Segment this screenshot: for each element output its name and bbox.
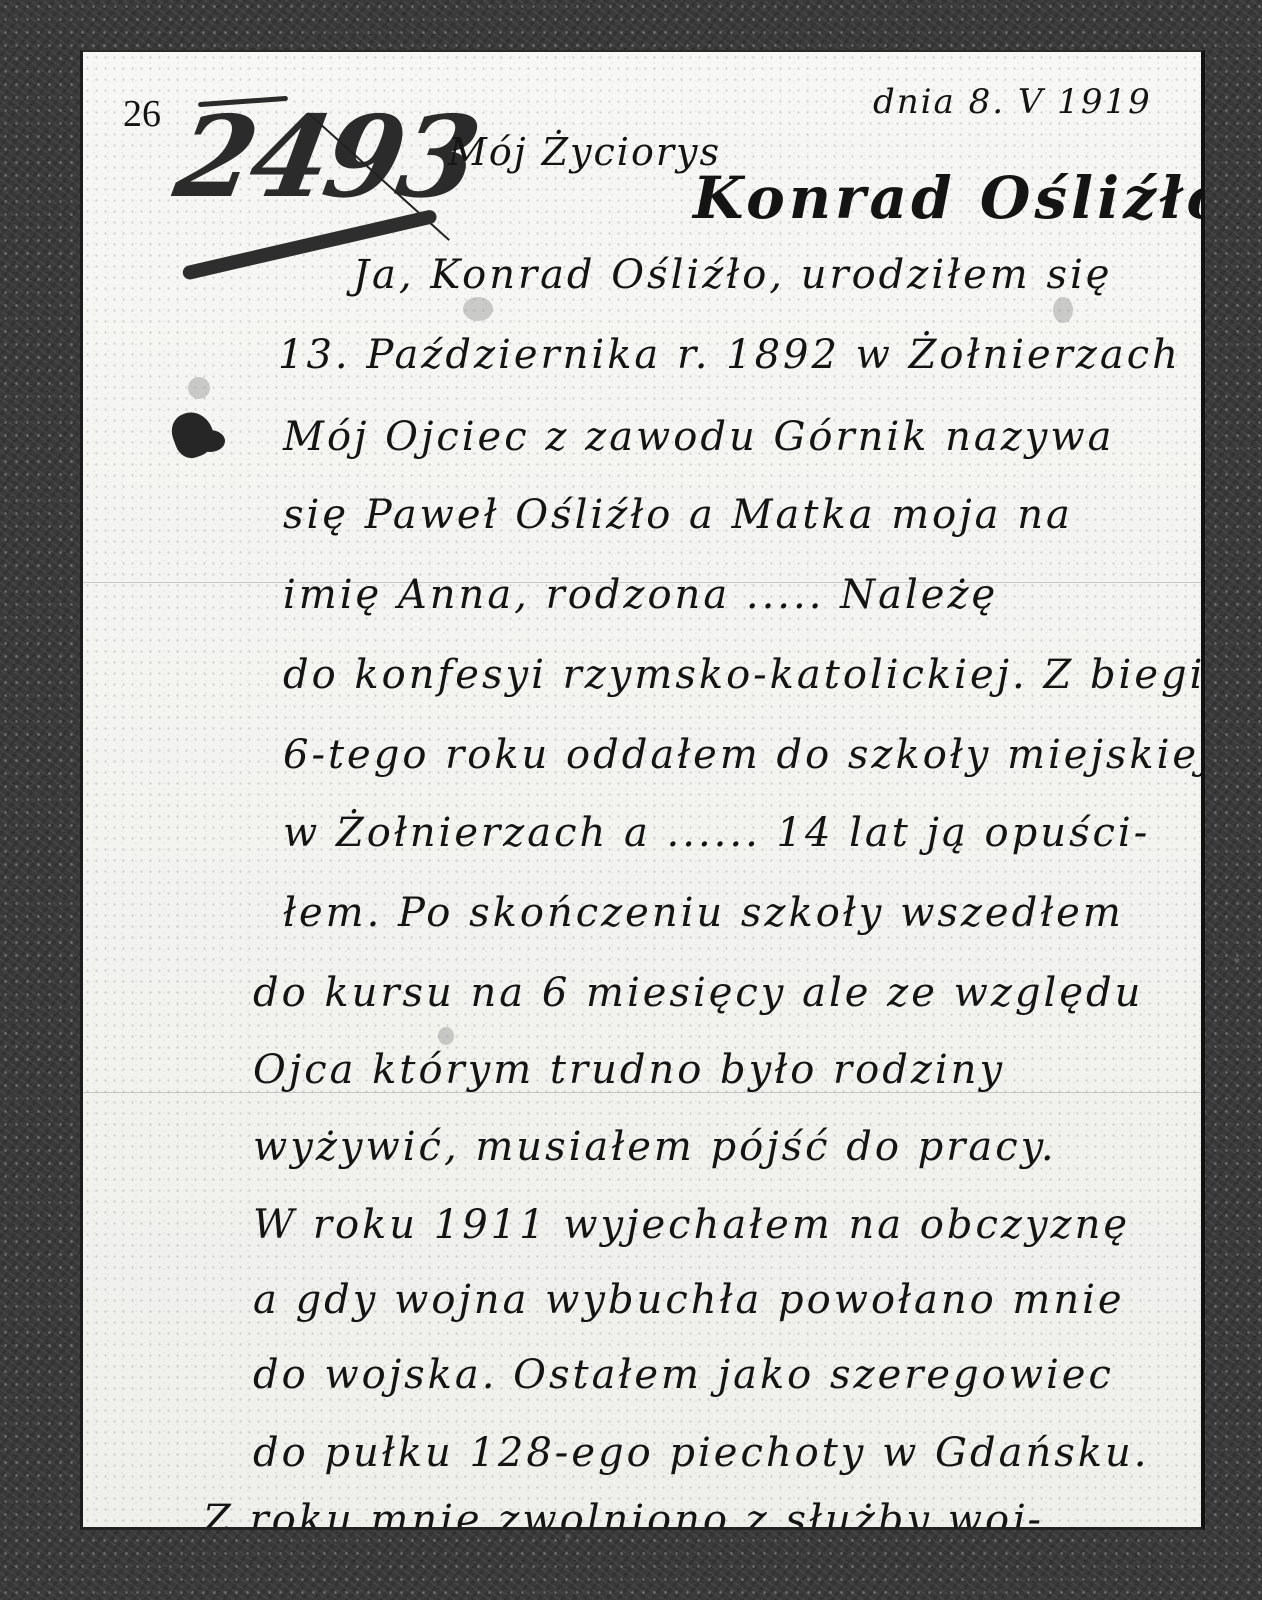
ink-blot <box>195 430 225 452</box>
text-line: do pułku 128-ego piechoty w Gdańsku. <box>253 1430 1149 1476</box>
text-line: się Paweł Ośliźło a Matka moja na <box>283 492 1073 538</box>
signature: Konrad Ośliźło <box>693 164 1205 232</box>
paper-smudge <box>188 377 210 399</box>
text-line: wyżywić, musiałem pójść do pracy. <box>253 1124 1057 1170</box>
text-line: do kursu na 6 miesięcy ale ze względu <box>253 970 1143 1016</box>
text-line: W roku 1911 wyjechałem na obczyznę <box>253 1202 1130 1248</box>
paper-smudge <box>463 297 493 321</box>
text-line: łem. Po skończeniu szkoły wszedłem <box>283 890 1124 936</box>
text-line: 6-tego roku oddałem do szkoły miejskiej <box>283 732 1205 778</box>
document-title: Mój Życiorys <box>448 130 721 174</box>
text-line: Ojca którym trudno było rodziny <box>253 1047 1005 1093</box>
text-line: Ja, Konrad Ośliźło, urodziłem się <box>353 252 1112 298</box>
text-line: Mój Ojciec z zawodu Górnik nazywa <box>283 414 1114 460</box>
text-line: w Żołnierzach a ...... 14 lat ją opuści- <box>283 810 1150 856</box>
file-number: 2493 <box>166 92 485 223</box>
text-line: a gdy wojna wybuchła powołano mnie <box>253 1277 1125 1323</box>
document-date: dnia 8. V 1919 <box>873 82 1152 122</box>
text-line: Z roku mnie zwolniono z służby woj- <box>203 1497 1044 1530</box>
handwritten-page: 26 2493 Mój Życiorys dnia 8. V 1919 Konr… <box>80 50 1205 1530</box>
paper-smudge <box>1053 297 1073 323</box>
archive-number: 26 <box>123 92 161 136</box>
text-line: 13. Października r. 1892 w Żołnierzach <box>278 332 1181 378</box>
text-line: do wojska. Ostałem jako szeregowiec <box>253 1352 1114 1398</box>
text-line: imię Anna, rodzona ..... Należę <box>283 572 998 618</box>
paper-smudge <box>438 1027 454 1045</box>
text-line: do konfesyi rzymsko-katolickiej. Z biegi… <box>283 652 1205 698</box>
